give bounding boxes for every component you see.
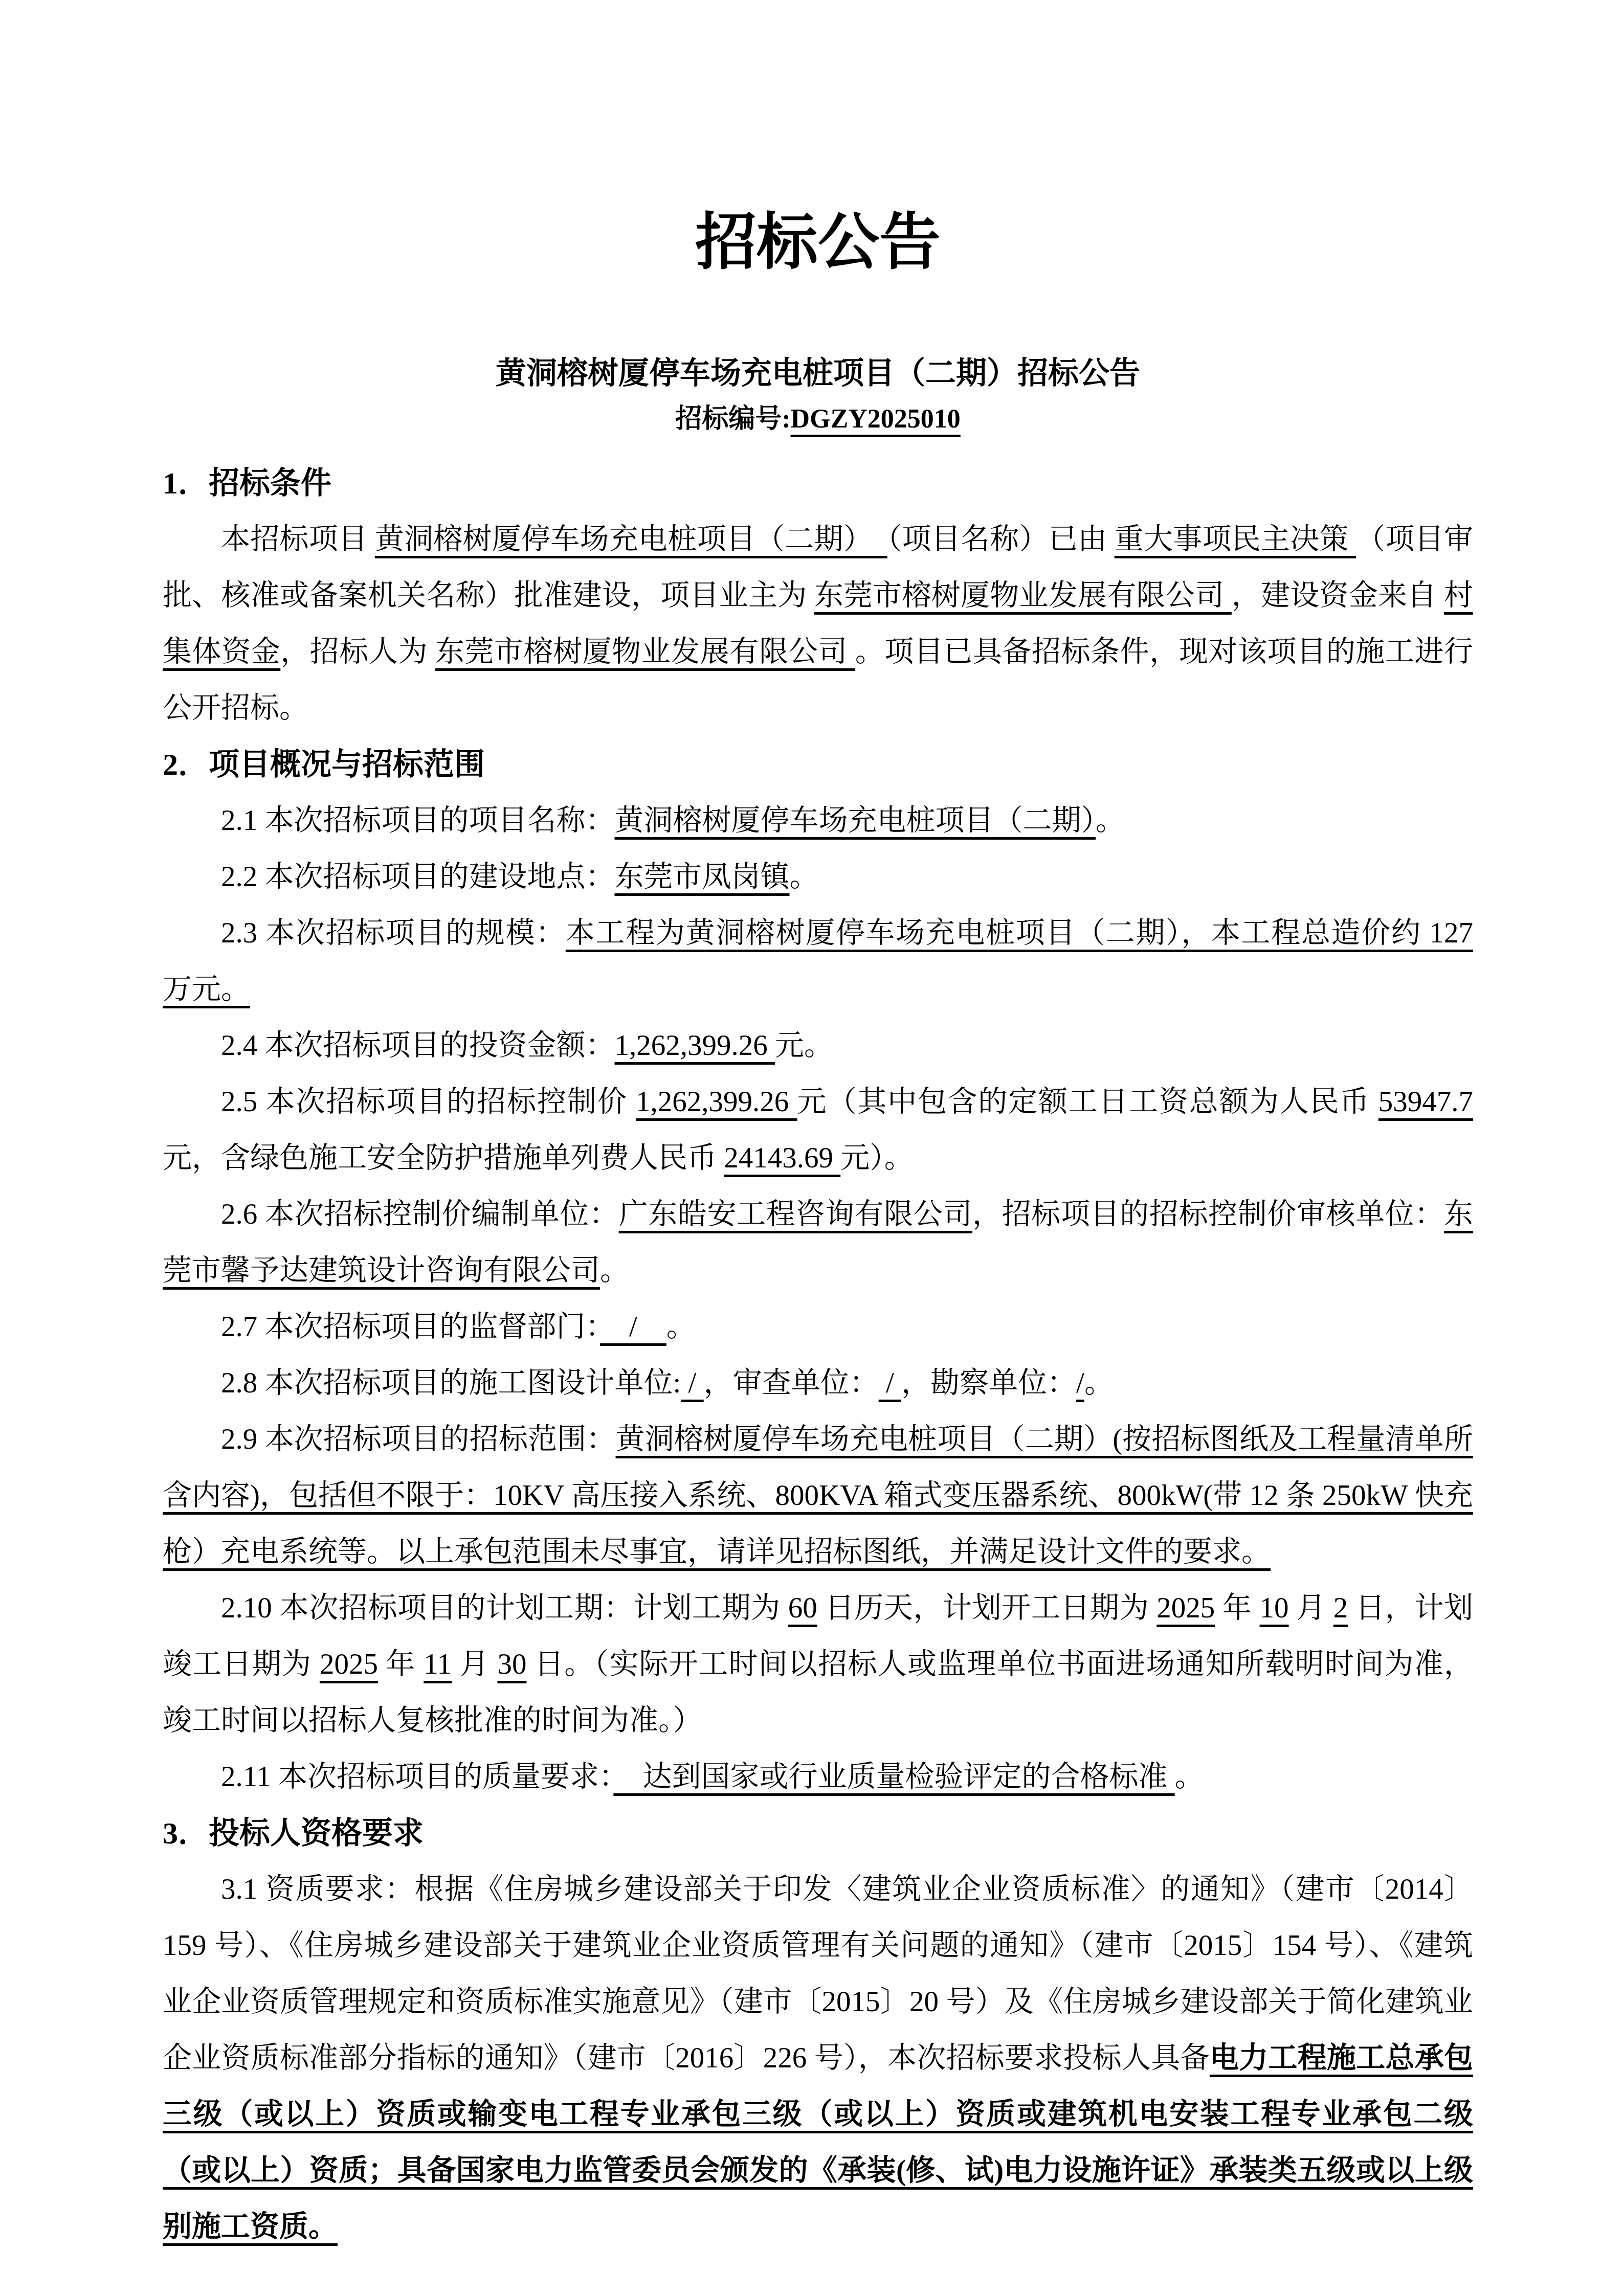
text-run: 元）。 <box>840 1142 914 1174</box>
filled-blank: 东莞市榕树厦物业发展有限公司 <box>814 579 1232 612</box>
section-1-heading: 1．招标条件 <box>163 455 1473 511</box>
text-run: 2.4 本次招标项目的投资金额： <box>221 1029 615 1062</box>
filled-blank: / <box>600 1311 666 1343</box>
text-run: 2.3 本次招标项目的规模： <box>221 917 566 949</box>
text-run: 2.2 本次招标项目的建设地点： <box>221 861 615 893</box>
filled-blank: 2025 <box>1156 1592 1215 1624</box>
text-run: ，建设资金来自 <box>1232 579 1444 612</box>
filled-blank: 24143.69 <box>724 1142 840 1174</box>
clause-2-11: 2.11 本次招标项目的质量要求： 达到国家或行业质量检验评定的合格标准 。 <box>163 1749 1473 1805</box>
text-run: 2.1 本次招标项目的项目名称： <box>221 804 615 837</box>
tender-number: 招标编号:DGZY2025010 <box>163 401 1473 437</box>
text-run: 月 <box>1289 1592 1333 1624</box>
clause-2-10: 2.10 本次招标项目的计划工期：计划工期为 60 日历天，计划开工日期为 20… <box>163 1580 1473 1749</box>
text-run: ，审查单位： <box>704 1367 879 1399</box>
text-run: 。 <box>1084 1367 1114 1399</box>
filled-blank: 1,262,399.26 <box>615 1029 775 1062</box>
text-run: 。 <box>600 1254 629 1287</box>
clause-3-1: 3.1 资质要求：根据《住房城乡建设部关于印发〈建筑业企业资质标准〉的通知》（建… <box>163 1861 1473 2255</box>
filled-blank: 53947.7 <box>1378 1086 1473 1118</box>
text-run: 年 <box>378 1648 424 1680</box>
text-run: 年 <box>1215 1592 1259 1624</box>
clause-2-2: 2.2 本次招标项目的建设地点：东莞市凤岗镇。 <box>163 849 1473 905</box>
text-run: （项目名称）已由 <box>887 523 1115 555</box>
text-run: 。 <box>1175 1761 1204 1793</box>
text-run: 2.5 本次招标项目的招标控制价 <box>221 1086 636 1118</box>
text-run: 2.7 本次招标项目的监督部门： <box>221 1311 600 1343</box>
text-run: ，招标项目的招标控制价审核单位： <box>972 1198 1444 1230</box>
filled-blank: 达到国家或行业质量检验评定的合格标准 <box>613 1761 1174 1793</box>
text-run: 日历天，计划开工日期为 <box>817 1592 1156 1624</box>
text-run: 元。 <box>775 1029 833 1062</box>
clause-2-4: 2.4 本次招标项目的投资金额：1,262,399.26 元。 <box>163 1018 1473 1074</box>
filled-blank: 东莞市榕树厦物业发展有限公司 <box>435 636 855 668</box>
text-run: 2.8 本次招标项目的施工图设计单位: <box>221 1367 681 1399</box>
filled-blank: 1,262,399.26 <box>636 1086 797 1118</box>
clause-1-intro: 本招标项目 黄洞榕树厦停车场充电桩项目（二期） （项目名称）已由 重大事项民主决… <box>163 511 1473 736</box>
section-2-heading: 2．项目概况与招标范围 <box>163 736 1473 793</box>
page-title: 招标公告 <box>163 205 1473 281</box>
filled-blank: 重大事项民主决策 <box>1115 523 1356 555</box>
filled-blank: 10 <box>1260 1592 1289 1624</box>
filled-blank: 30 <box>497 1648 526 1680</box>
filled-blank: 东莞市凤岗镇 <box>615 861 790 893</box>
filled-blank: / <box>1076 1367 1084 1399</box>
tender-number-label: 招标编号: <box>675 404 790 434</box>
text-run: 2.6 本次招标控制价编制单位： <box>221 1198 619 1230</box>
text-run: 。 <box>790 861 819 893</box>
text-run: 。 <box>666 1311 696 1343</box>
clause-2-9: 2.9 本次招标项目的招标范围：黄洞榕树厦停车场充电桩项目（二期）(按招标图纸及… <box>163 1411 1473 1580</box>
clause-2-3: 2.3 本次招标项目的规模：本工程为黄洞榕树厦停车场充电桩项目（二期），本工程总… <box>163 905 1473 1018</box>
text-run: 2.9 本次招标项目的招标范围： <box>221 1423 616 1455</box>
text-run: 元，含绿色施工安全防护措施单列费人民币 <box>163 1142 724 1174</box>
filled-blank: 2 <box>1333 1592 1348 1624</box>
text-run: ，招标人为 <box>280 636 435 668</box>
filled-blank: 黄洞榕树厦停车场充电桩项目（二期） <box>375 523 887 555</box>
clause-2-5: 2.5 本次招标项目的招标控制价 1,262,399.26 元（其中包含的定额工… <box>163 1074 1473 1186</box>
filled-blank: 60 <box>788 1592 817 1624</box>
text-run: 2.10 本次招标项目的计划工期：计划工期为 <box>221 1592 788 1624</box>
clause-2-6: 2.6 本次招标控制价编制单位：广东皓安工程咨询有限公司，招标项目的招标控制价审… <box>163 1186 1473 1299</box>
text-run: 元（其中包含的定额工日工资总额为人民币 <box>797 1086 1378 1118</box>
filled-blank: 广东皓安工程咨询有限公司 <box>619 1198 972 1230</box>
text-run: 月 <box>452 1648 497 1680</box>
text-run: 2.11 本次招标项目的质量要求： <box>221 1761 613 1793</box>
tender-number-value: DGZY2025010 <box>791 404 961 434</box>
text-run: 本招标项目 <box>221 523 375 555</box>
document-subtitle: 黄洞榕树厦停车场充电桩项目（二期）招标公告 <box>163 350 1473 396</box>
document-page: 招标公告 黄洞榕树厦停车场充电桩项目（二期）招标公告 招标编号:DGZY2025… <box>0 0 1624 2296</box>
section-3-heading: 3．投标人资格要求 <box>163 1805 1473 1861</box>
filled-blank: / <box>681 1367 703 1399</box>
filled-blank: 黄洞榕树厦停车场充电桩项目（二期） <box>615 804 1096 837</box>
text-run: 。 <box>1096 804 1125 837</box>
filled-blank: / <box>879 1367 901 1399</box>
clause-2-8: 2.8 本次招标项目的施工图设计单位: / ，审查单位： / ，勘察单位：/。 <box>163 1355 1473 1411</box>
filled-blank: 2025 <box>320 1648 378 1680</box>
clause-2-7: 2.7 本次招标项目的监督部门： / 。 <box>163 1299 1473 1355</box>
clause-2-1: 2.1 本次招标项目的项目名称：黄洞榕树厦停车场充电桩项目（二期）。 <box>163 793 1473 849</box>
filled-blank: 11 <box>424 1648 452 1680</box>
text-run: ，勘察单位： <box>901 1367 1076 1399</box>
